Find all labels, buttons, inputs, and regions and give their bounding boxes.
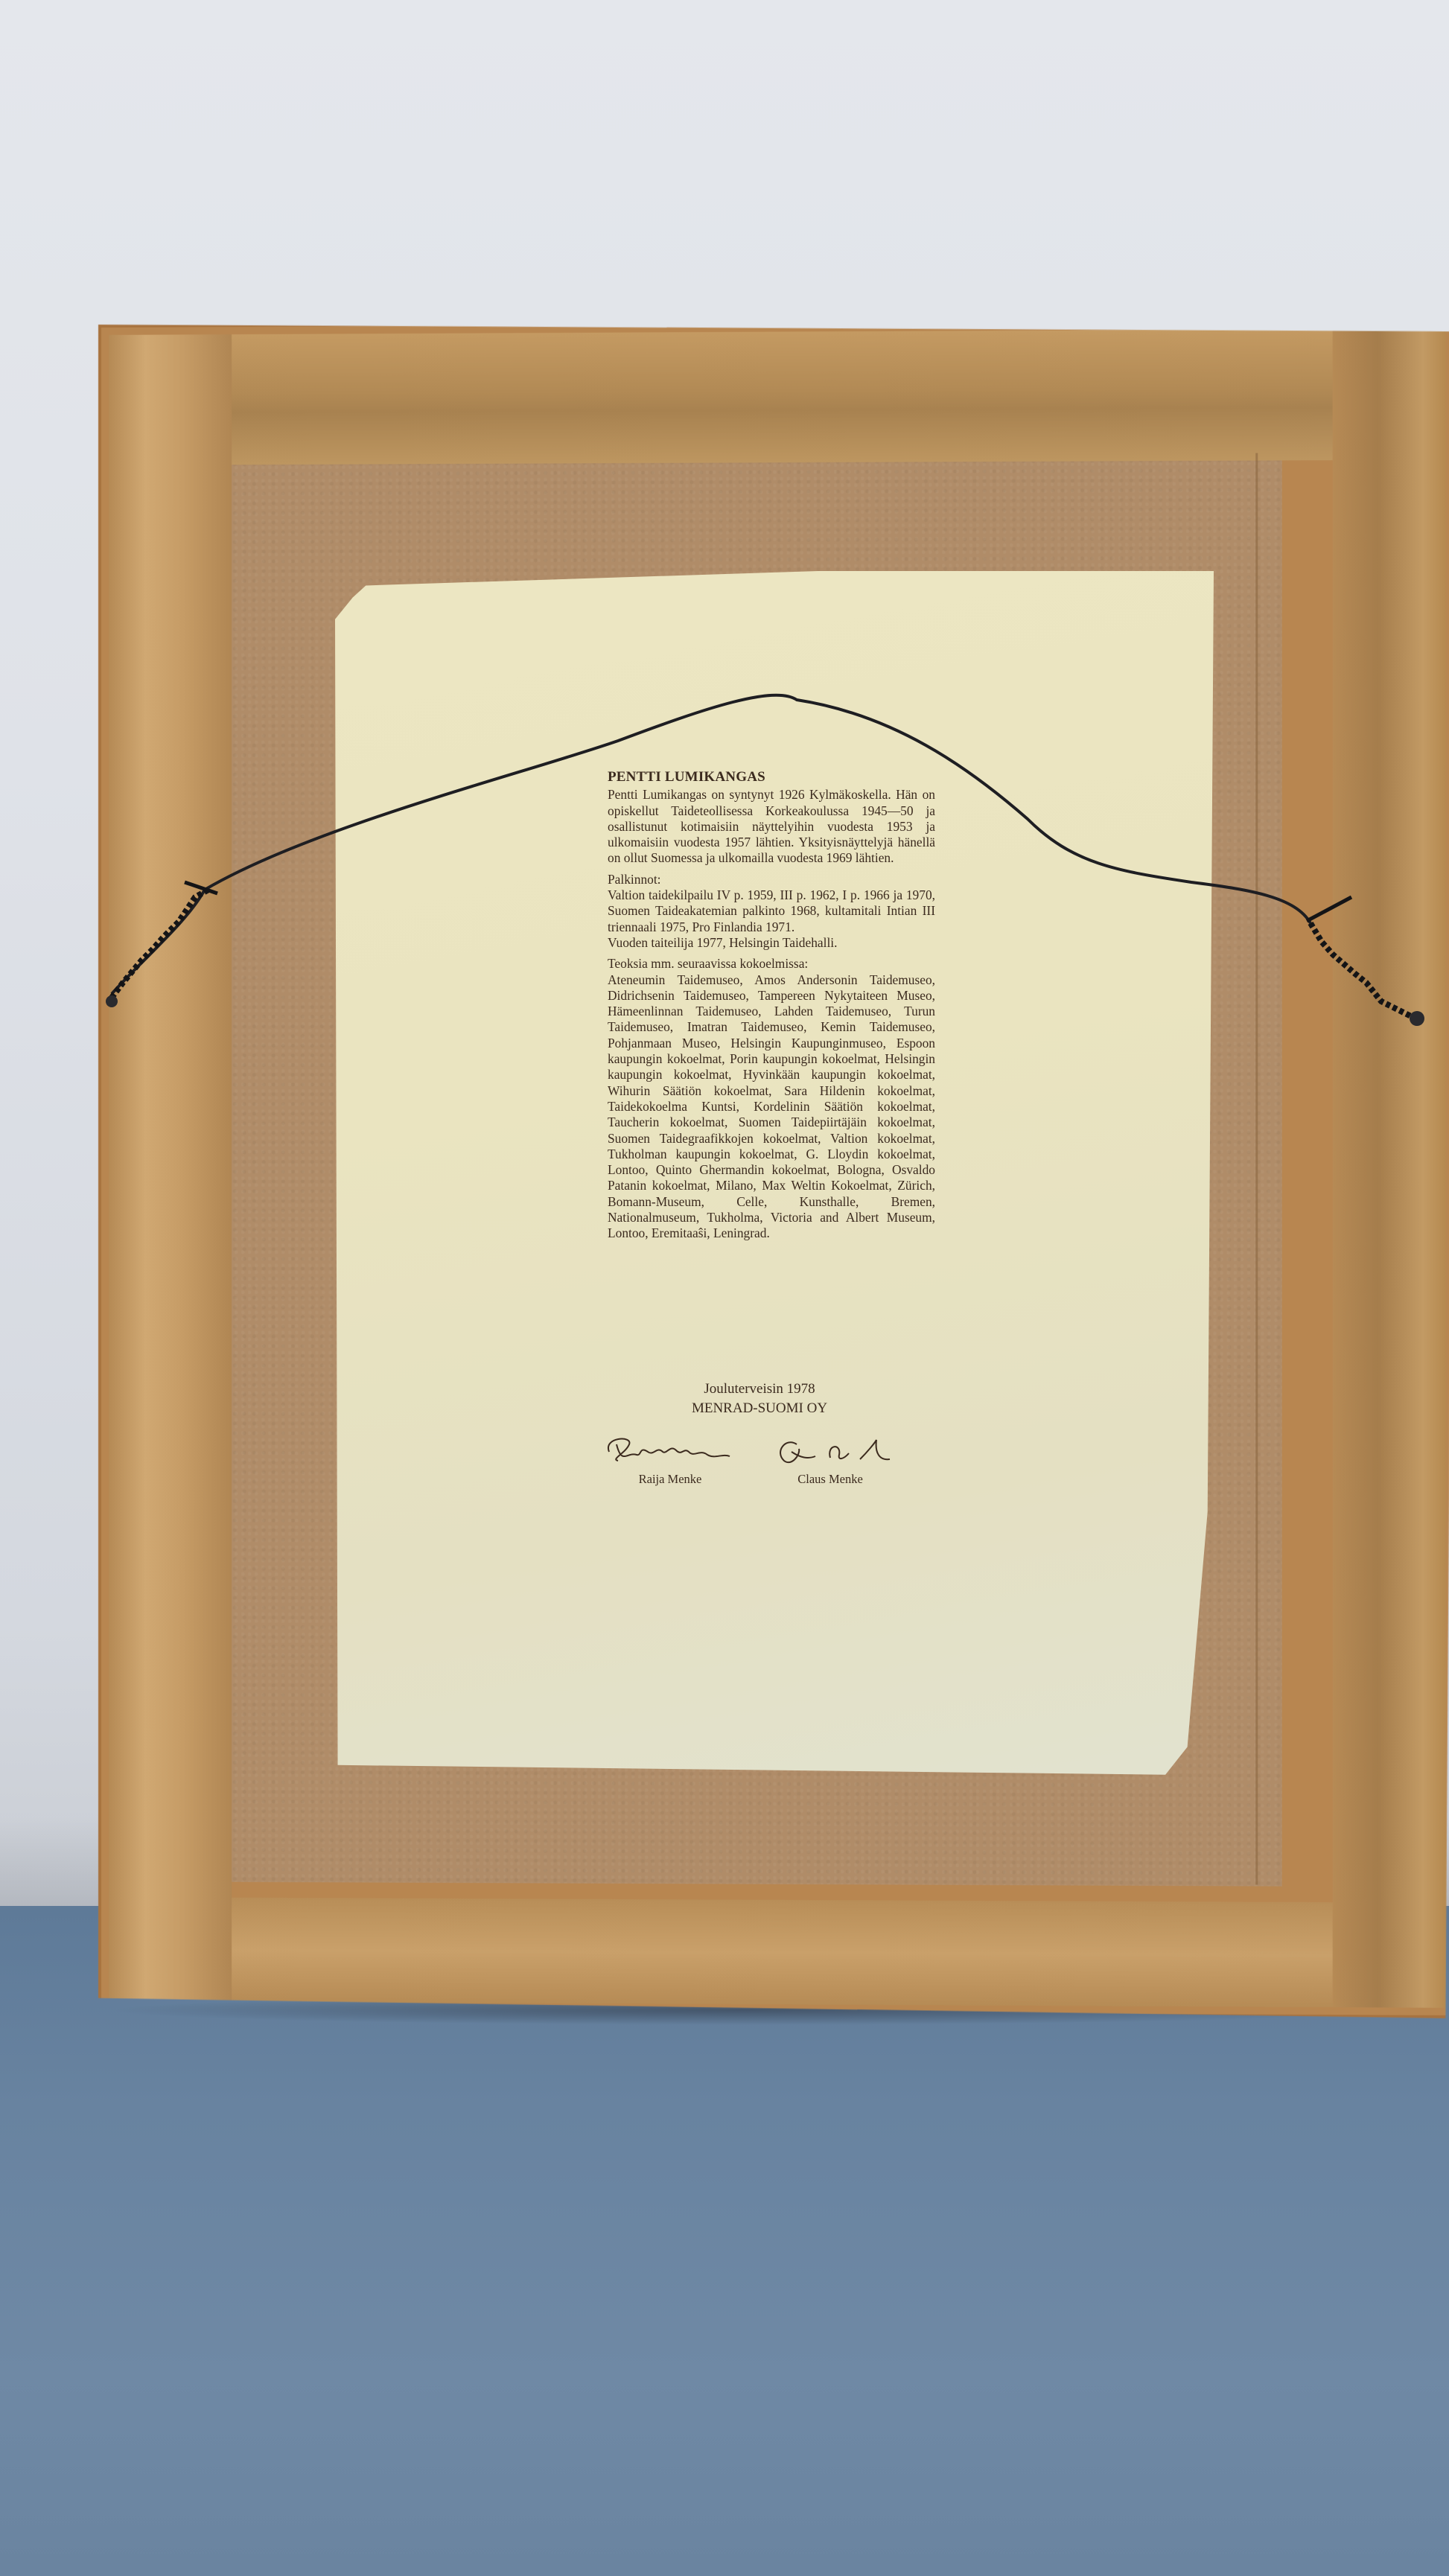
collections-text: Ateneumin Taidemuseo, Amos Andersonin Ta… [608,972,935,1242]
bio-intro: Pentti Lumikangas on syntynyt 1926 Kylmä… [608,787,935,866]
signature-left: Raija Menke [596,1429,745,1487]
tape-top [109,328,1446,465]
awards-text: Valtion taidekilpailu IV p. 1959, III p.… [608,887,935,935]
tape-bottom [109,1897,1446,2008]
signatory-name: Claus Menke [756,1472,905,1487]
signatures: Raija Menke Claus Menke [596,1429,923,1496]
handwritten-signature-icon [756,1429,905,1470]
tape-left [109,334,232,2002]
awards-heading: Palkinnot: [608,872,935,887]
signature-right: Claus Menke [756,1429,905,1487]
greeting: Jouluterveisin 1978 [596,1380,923,1399]
artist-name-heading: PENTTI LUMIKANGAS [608,769,935,785]
handwritten-signature-icon [596,1429,745,1470]
tape-seam [1255,453,1258,1885]
closing-block: Jouluterveisin 1978 MENRAD-SUOMI OY [596,1380,923,1418]
company-name: MENRAD-SUOMI OY [596,1399,923,1418]
tape-right [1333,328,1446,2008]
biography-text: PENTTI LUMIKANGAS Pentti Lumikangas on s… [608,769,935,1247]
signatory-name: Raija Menke [596,1472,745,1487]
artist-of-year: Vuoden taiteilija 1977, Helsingin Taideh… [608,935,935,951]
collections-heading: Teoksia mm. seuraavissa kokoelmissa: [608,956,935,972]
